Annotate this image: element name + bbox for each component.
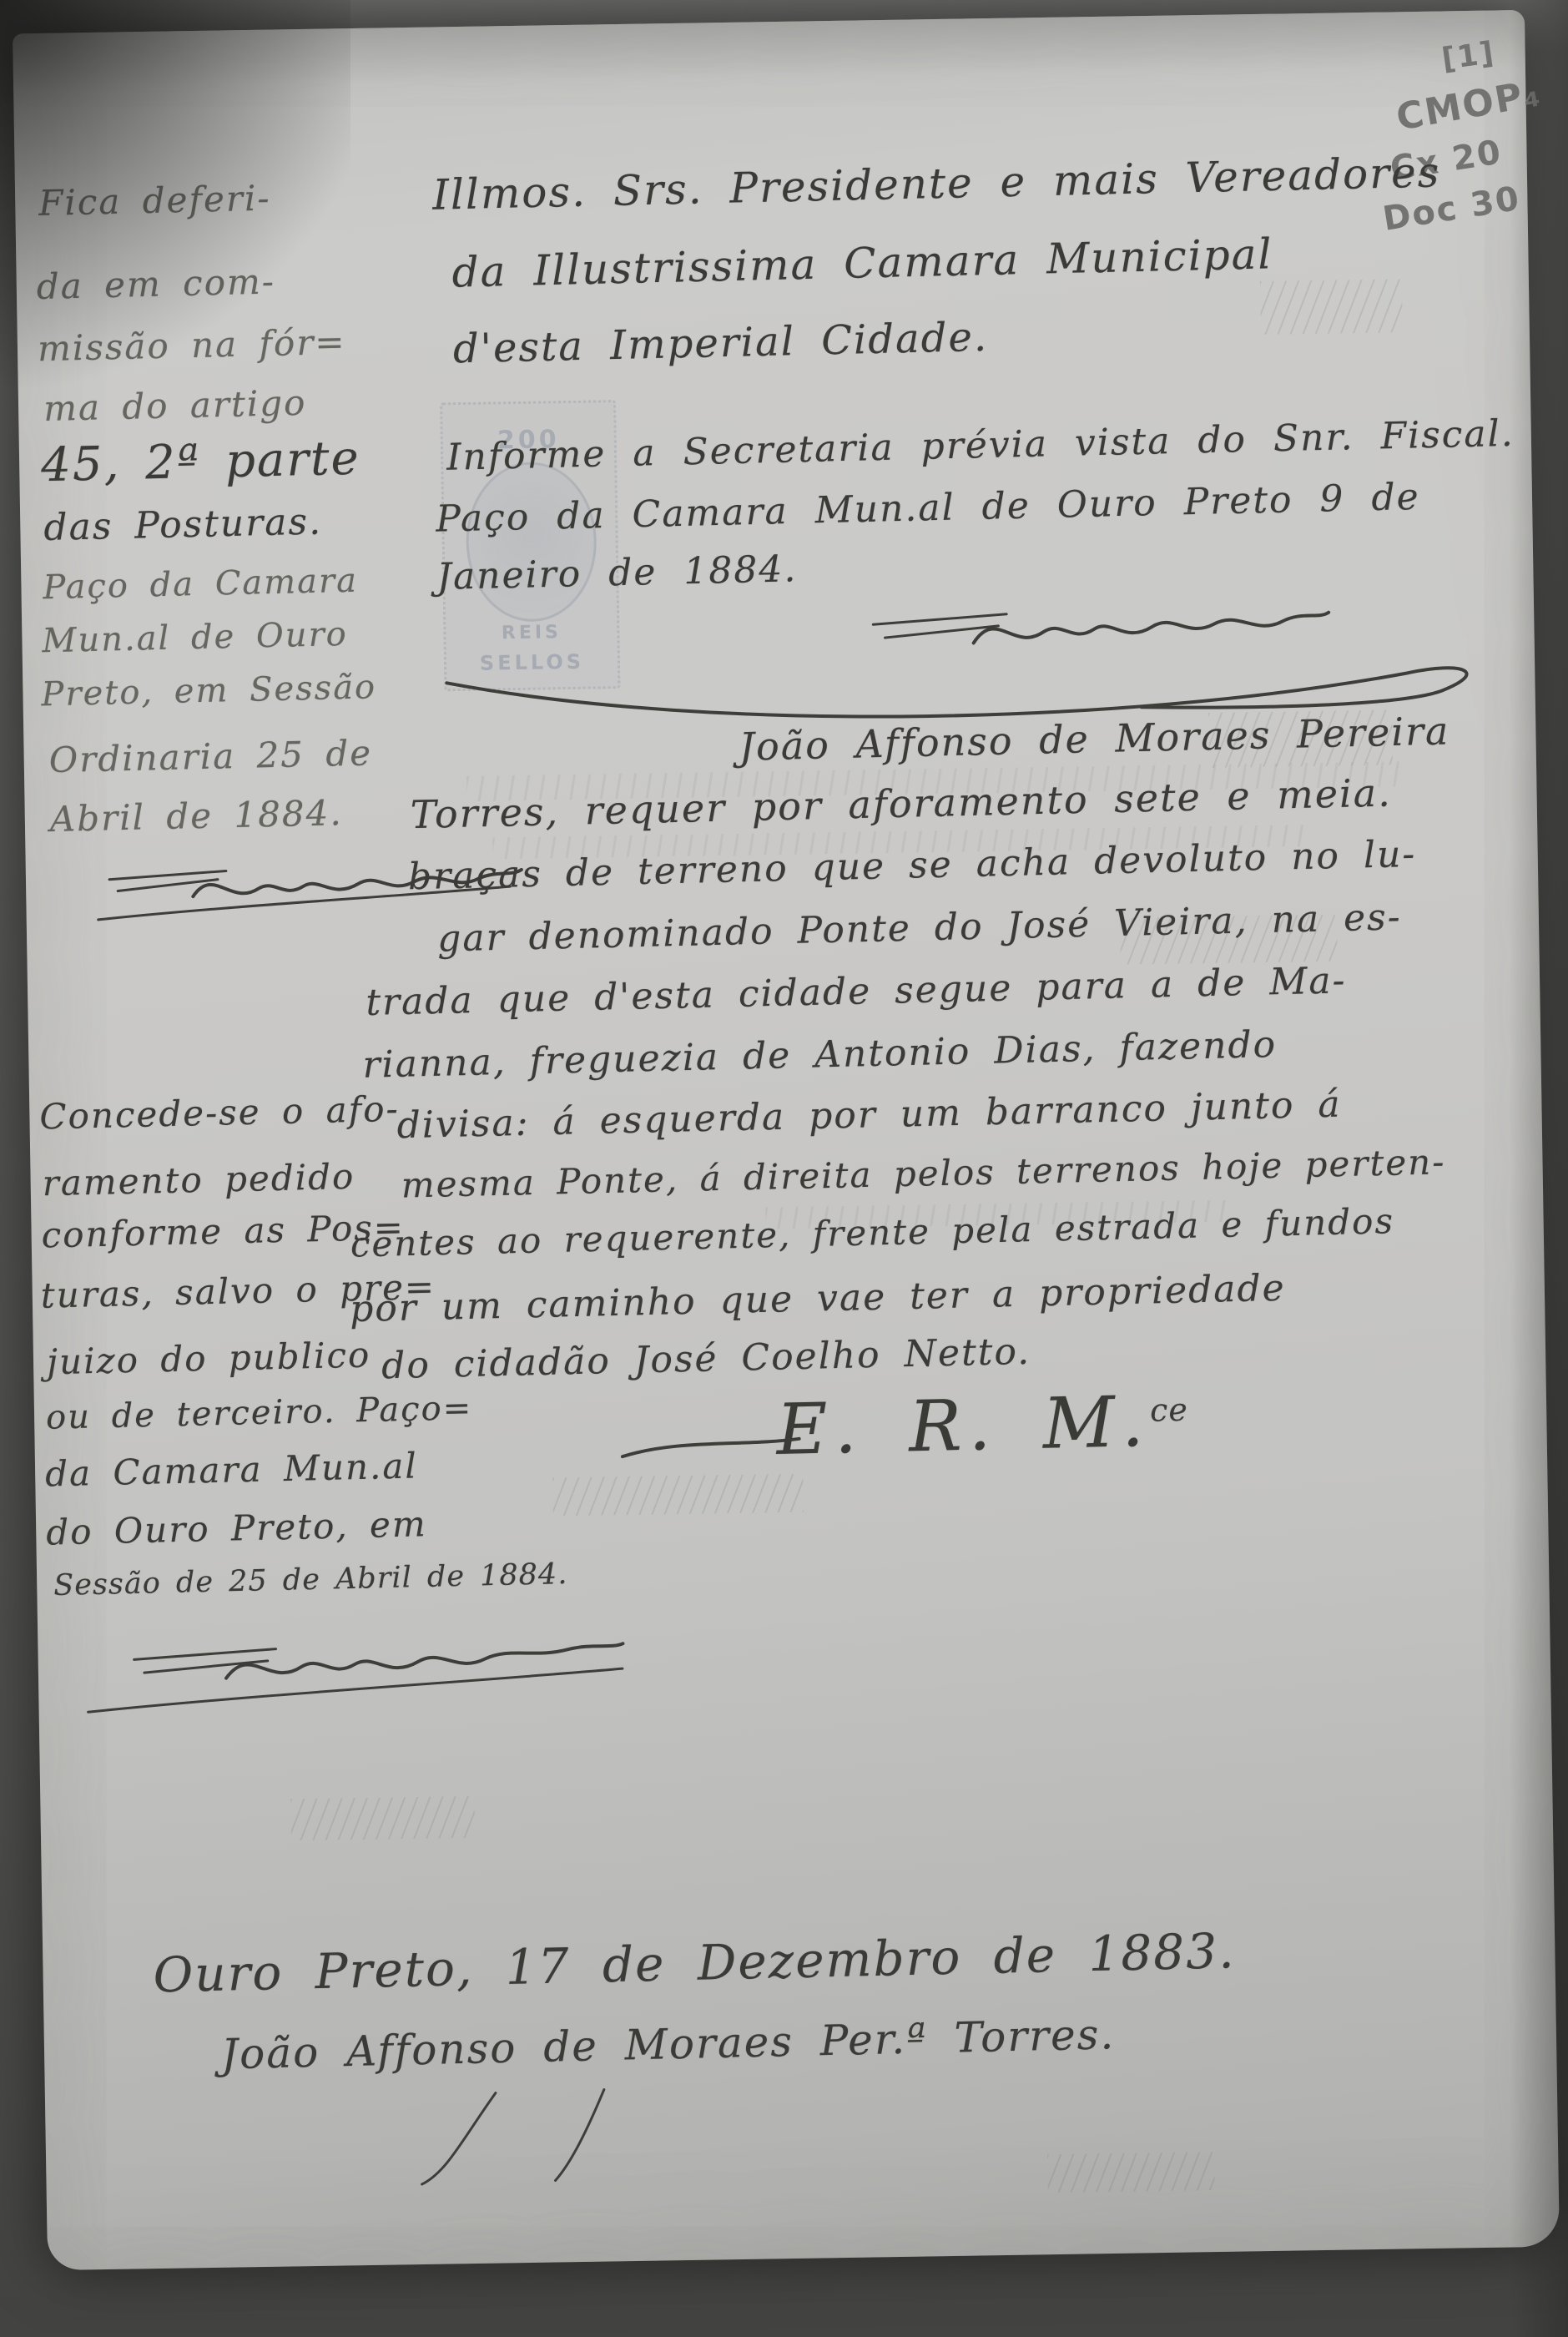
margin-top-line-4: ma do artigo (43, 382, 307, 429)
margin-top-line-6: das Posturas. (43, 500, 323, 549)
heading-line-1: Illmos. Srs. Presidente e mais Vereadore… (432, 148, 1441, 219)
petition-line-6: rianna, freguezia de Antonio Dias, fazen… (362, 1023, 1278, 1087)
heading-line-3: d'esta Imperial Cidade. (452, 314, 988, 373)
margin-top-line-8: Mun.al de Ouro (42, 615, 348, 660)
stamp-unit: REIS (446, 621, 617, 644)
petition-closing: E. R. M.ce (775, 1380, 1189, 1471)
margin-grant-line-7: da Camara Mun.al (45, 1445, 419, 1494)
document-paper: [1] CMOP₄ Cx 20 Doc 30 200 REIS SELLOS I… (13, 10, 1560, 2270)
margin-grant-line-6: ou de terceiro. Paço= (46, 1389, 473, 1437)
petition-closing-superscript: ce (1150, 1391, 1189, 1429)
margin-grant-line-9: Sessão de 25 de Abril de 1884. (53, 1557, 568, 1603)
petition-line-4: gar denominado Ponte do José Vieira, na … (437, 896, 1403, 960)
petition-line-10: por um caminho que vae ter a propriedade (350, 1267, 1287, 1330)
margin-top-line-2: da em com- (36, 260, 275, 306)
petition-line-9: centes ao requerente, frente pela estrad… (350, 1200, 1394, 1264)
petition-line-3: braças de terreno que se acha devoluto n… (407, 833, 1416, 898)
scanned-document-page: { "archival_marks": { "index": "[1]", "c… (0, 0, 1568, 2337)
archival-index-mark: [1] (1439, 36, 1497, 77)
margin-top-line-3: missão na fór= (37, 321, 346, 369)
petition-line-5: trada que d'esta cidade segue para a de … (366, 959, 1347, 1024)
petitioner-signature: João Affonso de Moraes Per.ª Torres. (220, 2010, 1115, 2078)
margin-top-line-10: Ordinaria 25 de (48, 732, 372, 780)
fiscal-dispatch-line-3: Janeiro de 1884. (436, 548, 798, 598)
archival-collection-mark: CMOP₄ (1394, 72, 1545, 139)
margin-grant-line-2: ramento pedido (42, 1156, 355, 1204)
petition-line-8: mesma Ponte, á direita pelos terrenos ho… (401, 1141, 1446, 1205)
margin-top-line-5: 45, 2ª parte (40, 432, 360, 493)
margin-grant-line-1: Concede-se o afo- (39, 1088, 400, 1138)
margin-top-line-11: Abril de 1884. (49, 792, 343, 840)
margin-grant-line-8: do Ouro Preto, em (46, 1503, 427, 1552)
petition-line-7: divisa: á esquerda por um barranco junto… (396, 1083, 1342, 1148)
rubrica-grant (83, 1620, 628, 1729)
margin-top-line-9: Preto, em Sessão (41, 668, 377, 714)
stamp-oval-emblem (465, 461, 597, 622)
heading-line-2: da Illustrissima Camara Municipal (451, 230, 1273, 296)
flourish-erm-lead (618, 1431, 803, 1466)
margin-top-line-1: Fica deferi- (38, 178, 271, 224)
margin-top-line-7: Paço da Camara (43, 562, 358, 608)
petition-closing-text: E. R. M. (775, 1380, 1151, 1471)
signature-flourish (396, 2083, 814, 2190)
petition-line-2: Torres, requer por aforamento sete e mei… (410, 770, 1392, 837)
petition-line-11: do cidadão José Coelho Netto. (381, 1330, 1031, 1388)
margin-grant-line-5: juizo do publico (47, 1335, 371, 1383)
date-line: Ouro Preto, 17 de Dezembro de 1883. (153, 1922, 1236, 2003)
